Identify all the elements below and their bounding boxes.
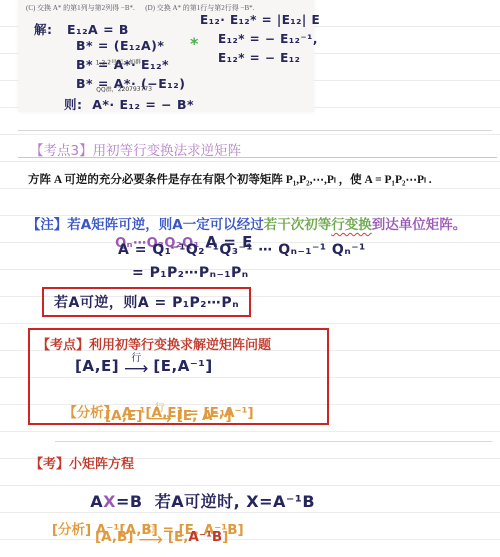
row-transform-arrow: 行⟶ [124, 354, 148, 378]
side-note-line: E₁₂* = − E₁₂⁻¹, [218, 32, 318, 46]
formula-right: [E,A⁻¹] [153, 357, 212, 375]
exam-analysis-2: [A,B] 行⟶ [E, A⁻¹B ] [95, 525, 228, 549]
analysis2-result: A⁻¹B [188, 529, 222, 545]
arrow-icon: ⟶ [124, 361, 148, 378]
section-divider [55, 441, 492, 442]
keypoint-title: 【考点】利用初等行变换求解逆矩阵问题 [37, 334, 271, 353]
theorem-text: 方阵 A 可逆的充分必要条件是存在有限个初等矩阵 P₁,P₂,⋯,Pₗ ，使 A… [28, 171, 490, 187]
heading-underline [18, 157, 497, 158]
exam-options-line: (C) 交换 A* 的第1列与第2列得 −B*. (D) 交换 A* 的第1行与… [26, 3, 254, 13]
notes-page: (C) 交换 A* 的第1列与第2列得 −B*. (D) 交换 A* 的第1行与… [0, 0, 500, 557]
watermark-line: QQ群，220793773 [96, 85, 152, 95]
analysis2-left: [A,E] [105, 408, 142, 424]
star-icon: * [190, 34, 198, 53]
section-heading: 【考点3】用初等行变换法求逆矩阵 [30, 139, 241, 159]
analysis2-open: [E, [168, 529, 189, 545]
analysis2-close: ] [222, 529, 228, 545]
formula-left: [A,E] [75, 357, 119, 375]
work-line: 解: E₁₂A = B [34, 20, 129, 38]
row-transform-arrow: 行⟶ [138, 525, 162, 549]
conclusion-text: 若A可逆，则A = P₁P₂⋯Pₙ [54, 295, 239, 311]
derivation-line-2: A = Q₁⁻¹Q₂⁻¹Q₃⁻¹ ⋯ Qₙ₋₁⁻¹ Qₙ⁻¹ [118, 242, 366, 258]
watermark: 1.2.2号起，加群 QQ群，220793773 [95, 40, 152, 113]
analysis-label: [分析] [52, 522, 91, 538]
note-part-purple: 到达单位矩阵。 [372, 217, 467, 233]
analysis2-left: [A,B] [95, 529, 133, 545]
keypoint-box: 【考点】利用初等行变换求解逆矩阵问题 [A,E] 行⟶ [E,A⁻¹] 【分析】… [28, 328, 329, 425]
watermark-line: 1.2.2号起，加群 [96, 58, 152, 68]
row-transform-arrow: 行⟶ [147, 404, 171, 428]
side-note-line: E₁₂· E₁₂* = |E₁₂| E [200, 13, 320, 27]
arrow-icon: ⟶ [147, 411, 171, 428]
conclusion-box: 若A可逆，则A = P₁P₂⋯Pₙ [42, 287, 251, 317]
note-part-green: 若干次初等 [264, 217, 332, 233]
arrow-icon: ⟶ [138, 532, 162, 549]
keypoint-formula: [A,E] 行⟶ [E,A⁻¹] [75, 354, 213, 378]
note-part-wavy: 行变换 [331, 217, 372, 233]
analysis2-right: [E, A⁻¹] [177, 408, 232, 424]
keypoint-analysis-2: [A,E] 行⟶ [E, A⁻¹] [105, 404, 232, 428]
derivation-line-3: = P₁P₂⋯Pₙ₋₁Pₙ [132, 265, 249, 281]
section-divider [18, 130, 492, 131]
side-note-line: E₁₂* = − E₁₂ [218, 51, 300, 65]
